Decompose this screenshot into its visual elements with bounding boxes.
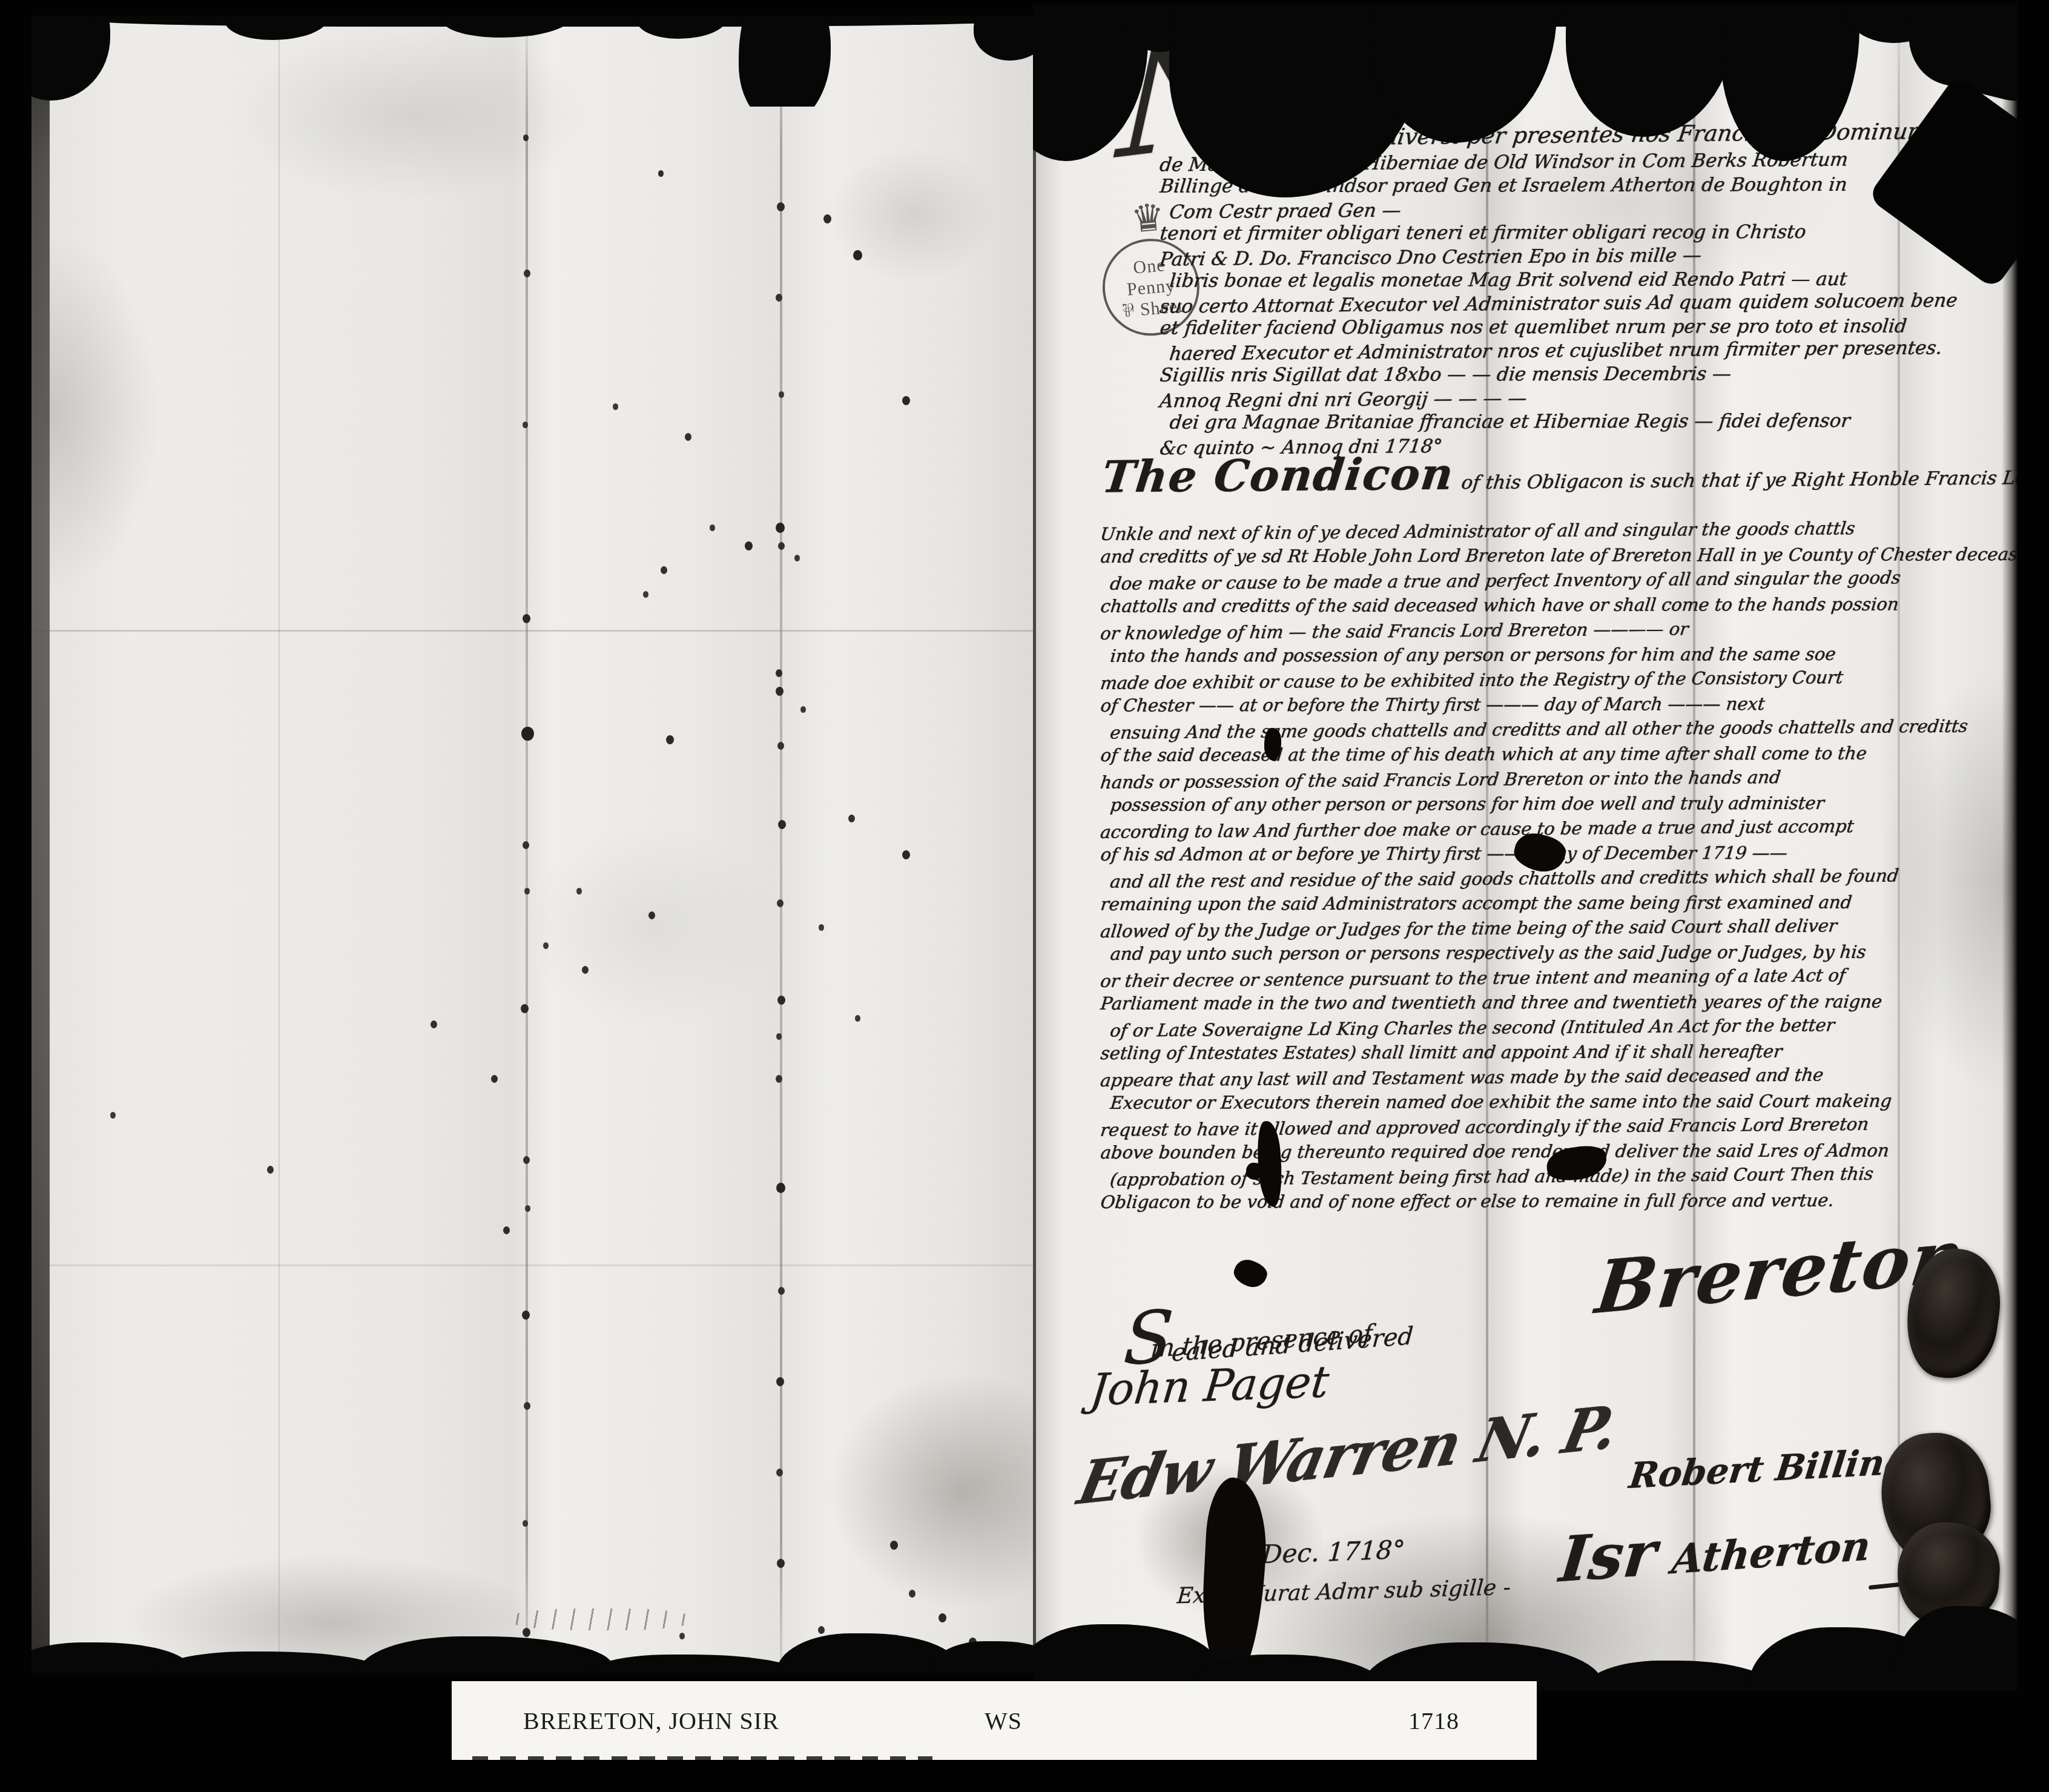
condition-first-line-rest: of this Obligacon is such that if ye Rig… — [1460, 465, 2018, 494]
fold-crease — [279, 16, 280, 1673]
catalog-label: BRERETON, JOHN SIR WS 1718 — [452, 1681, 1537, 1760]
paper-specks — [658, 170, 664, 177]
witness-signature-paget: John Paget — [1088, 1356, 1331, 1415]
torn-bottom-edge — [31, 1600, 1033, 1673]
condition-first-line: The Condiconof this Obligacon is such th… — [1097, 456, 2013, 522]
fold-crease — [780, 16, 782, 1673]
label-name: BRERETON, JOHN SIR — [523, 1707, 779, 1735]
ink-blot — [1264, 728, 1281, 761]
ink-blot — [1230, 1256, 1270, 1291]
condition-text: The Condiconof this Obligacon is such th… — [1101, 460, 2009, 1214]
torn-bottom-edge — [1033, 1570, 2018, 1691]
fold-crease — [31, 1265, 1033, 1266]
document-scan: N ♛ OnePenny⅌ Sheet overint universi per… — [0, 0, 2049, 1792]
label-year: 1718 — [1408, 1707, 1459, 1735]
condition-line: Obligacon to be void and of none effect … — [1100, 1188, 2011, 1215]
torn-left-edge — [31, 16, 50, 1673]
ink-bleed-dots — [523, 134, 529, 141]
condition-lead-words: The Condicon — [1100, 448, 1457, 502]
blank-verso-page — [31, 16, 1033, 1673]
fold-crease — [526, 16, 528, 1673]
torn-top-edge — [1033, 4, 2018, 222]
bond-recto-page: N ♛ OnePenny⅌ Sheet overint universi per… — [1033, 4, 2018, 1691]
label-code: WS — [985, 1707, 1022, 1735]
ink-blot — [1246, 1163, 1263, 1180]
torn-top-edge — [31, 16, 1033, 107]
date-note: Dec. 1718° — [1261, 1535, 1406, 1569]
fold-crease — [31, 630, 1033, 632]
center-fold-seam — [1033, 4, 1036, 1691]
